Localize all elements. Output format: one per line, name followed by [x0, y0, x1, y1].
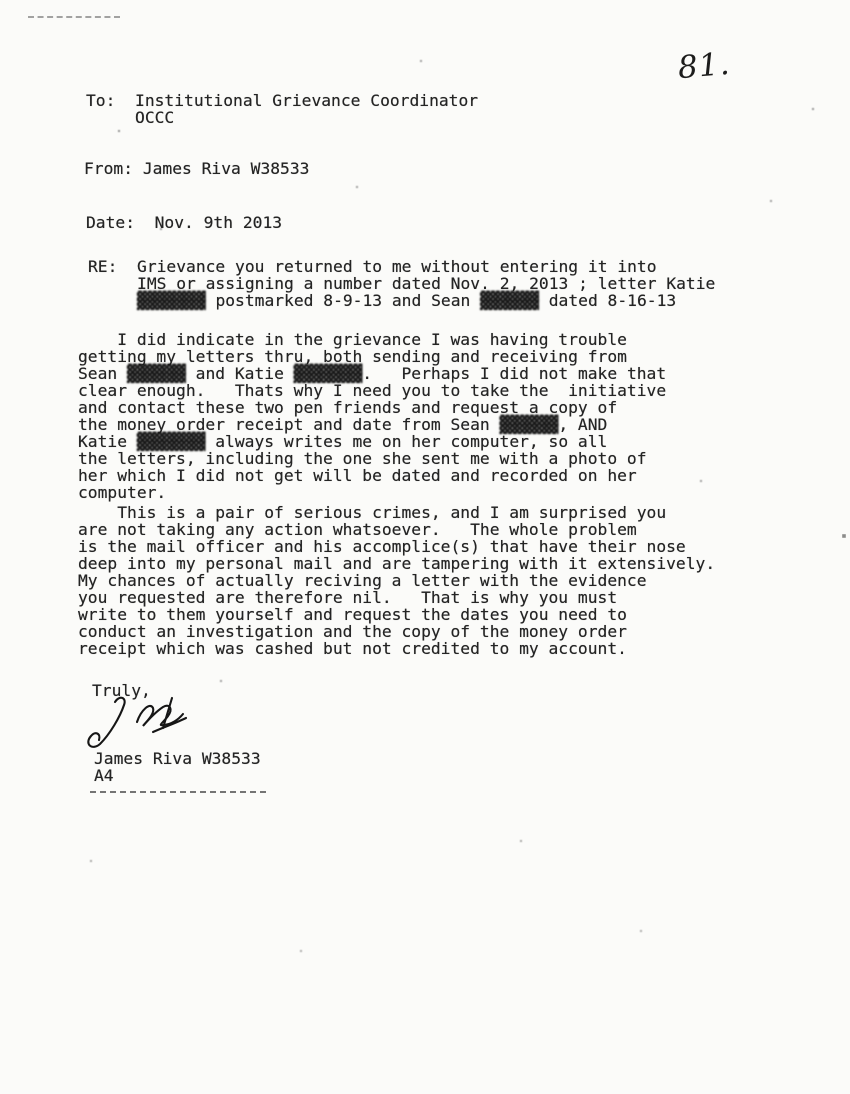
- letter-line: write to them yourself and request the d…: [78, 606, 850, 623]
- letter-line: receipt which was cashed but not credite…: [78, 640, 850, 657]
- letter-line: My chances of actually reciving a letter…: [78, 572, 850, 589]
- letter-line: the money order receipt and date from Se…: [78, 416, 850, 433]
- letter-line: conduct an investigation and the copy of…: [78, 623, 850, 640]
- letter-text-segment: [88, 291, 137, 310]
- redacted-name: ▓▓▓▓▓▓: [127, 364, 186, 383]
- letter-text-segment: Date: Nov. 9th 2013: [86, 213, 282, 232]
- redacted-name: ▓▓▓▓▓▓: [480, 291, 539, 310]
- letter-line: computer.: [78, 484, 850, 501]
- letter-paragraph-2: This is a pair of serious crimes, and I …: [78, 504, 850, 657]
- letter-line: RE: Grievance you returned to me without…: [88, 258, 850, 275]
- letter-line: ▓▓▓▓▓▓▓ postmarked 8-9-13 and Sean ▓▓▓▓▓…: [88, 292, 850, 309]
- letter-from-block: From: James Riva W38533: [84, 160, 850, 177]
- letter-line: A4: [94, 767, 850, 784]
- redacted-name: ▓▓▓▓▓▓▓: [294, 364, 363, 383]
- letter-text-segment: OCCC: [86, 108, 174, 127]
- letter-text-segment: James Riva W38533: [94, 749, 261, 768]
- letter-line: Katie ▓▓▓▓▓▓▓ always writes me on her co…: [78, 433, 850, 450]
- letter-line: getting my letters thru, both sending an…: [78, 348, 850, 365]
- redacted-name: ▓▓▓▓▓▓▓: [137, 291, 206, 310]
- letter-line: To: Institutional Grievance Coordinator: [86, 92, 850, 109]
- letter-line: is the mail officer and his accomplice(s…: [78, 538, 850, 555]
- scan-artifact-dashes-bottom: [90, 791, 266, 793]
- signature-drawing: [80, 693, 210, 751]
- scanned-letter-page: 81. To: Institutional Grievance Coordina…: [0, 0, 850, 1094]
- letter-line: Sean ▓▓▓▓▓▓ and Katie ▓▓▓▓▓▓▓. Perhaps I…: [78, 365, 850, 382]
- letter-line: IMS or assigning a number dated Nov. 2, …: [88, 275, 850, 292]
- letter-paragraph-1: I did indicate in the grievance I was ha…: [78, 331, 850, 501]
- letter-line: James Riva W38533: [94, 750, 850, 767]
- letter-line: her which I did not get will be dated an…: [78, 467, 850, 484]
- letter-line: you requested are therefore nil. That is…: [78, 589, 850, 606]
- letter-text-segment: computer.: [78, 483, 166, 502]
- letter-date-block: Date: Nov. 9th 2013: [86, 214, 850, 231]
- redacted-name: ▓▓▓▓▓▓: [500, 415, 559, 434]
- letter-text-segment: postmarked 8-9-13 and Sean: [206, 291, 480, 310]
- letter-line: This is a pair of serious crimes, and I …: [78, 504, 850, 521]
- letter-signed-name-block: James Riva W38533A4: [94, 750, 850, 784]
- letter-text-segment: From: James Riva W38533: [84, 159, 309, 178]
- letter-text-segment: dated 8-16-13: [539, 291, 676, 310]
- letter-line: I did indicate in the grievance I was ha…: [78, 331, 850, 348]
- letter-line: and contact these two pen friends and re…: [78, 399, 850, 416]
- redacted-name: ▓▓▓▓▓▓▓: [137, 432, 206, 451]
- letter-content: To: Institutional Grievance Coordinator …: [0, 0, 850, 1094]
- letter-line: are not taking any action whatsoever. Th…: [78, 521, 850, 538]
- letter-line: clear enough. Thats why I need you to ta…: [78, 382, 850, 399]
- letter-line: deep into my personal mail and are tampe…: [78, 555, 850, 572]
- letter-to-block: To: Institutional Grievance Coordinator …: [86, 92, 850, 126]
- letter-line: From: James Riva W38533: [84, 160, 850, 177]
- handwritten-signature: [80, 693, 850, 749]
- letter-line: OCCC: [86, 109, 850, 126]
- letter-line: the letters, including the one she sent …: [78, 450, 850, 467]
- letter-re-block: RE: Grievance you returned to me without…: [88, 258, 850, 309]
- letter-text-segment: receipt which was cashed but not credite…: [78, 639, 627, 658]
- letter-line: Date: Nov. 9th 2013: [86, 214, 850, 231]
- letter-text-segment: A4: [94, 766, 114, 785]
